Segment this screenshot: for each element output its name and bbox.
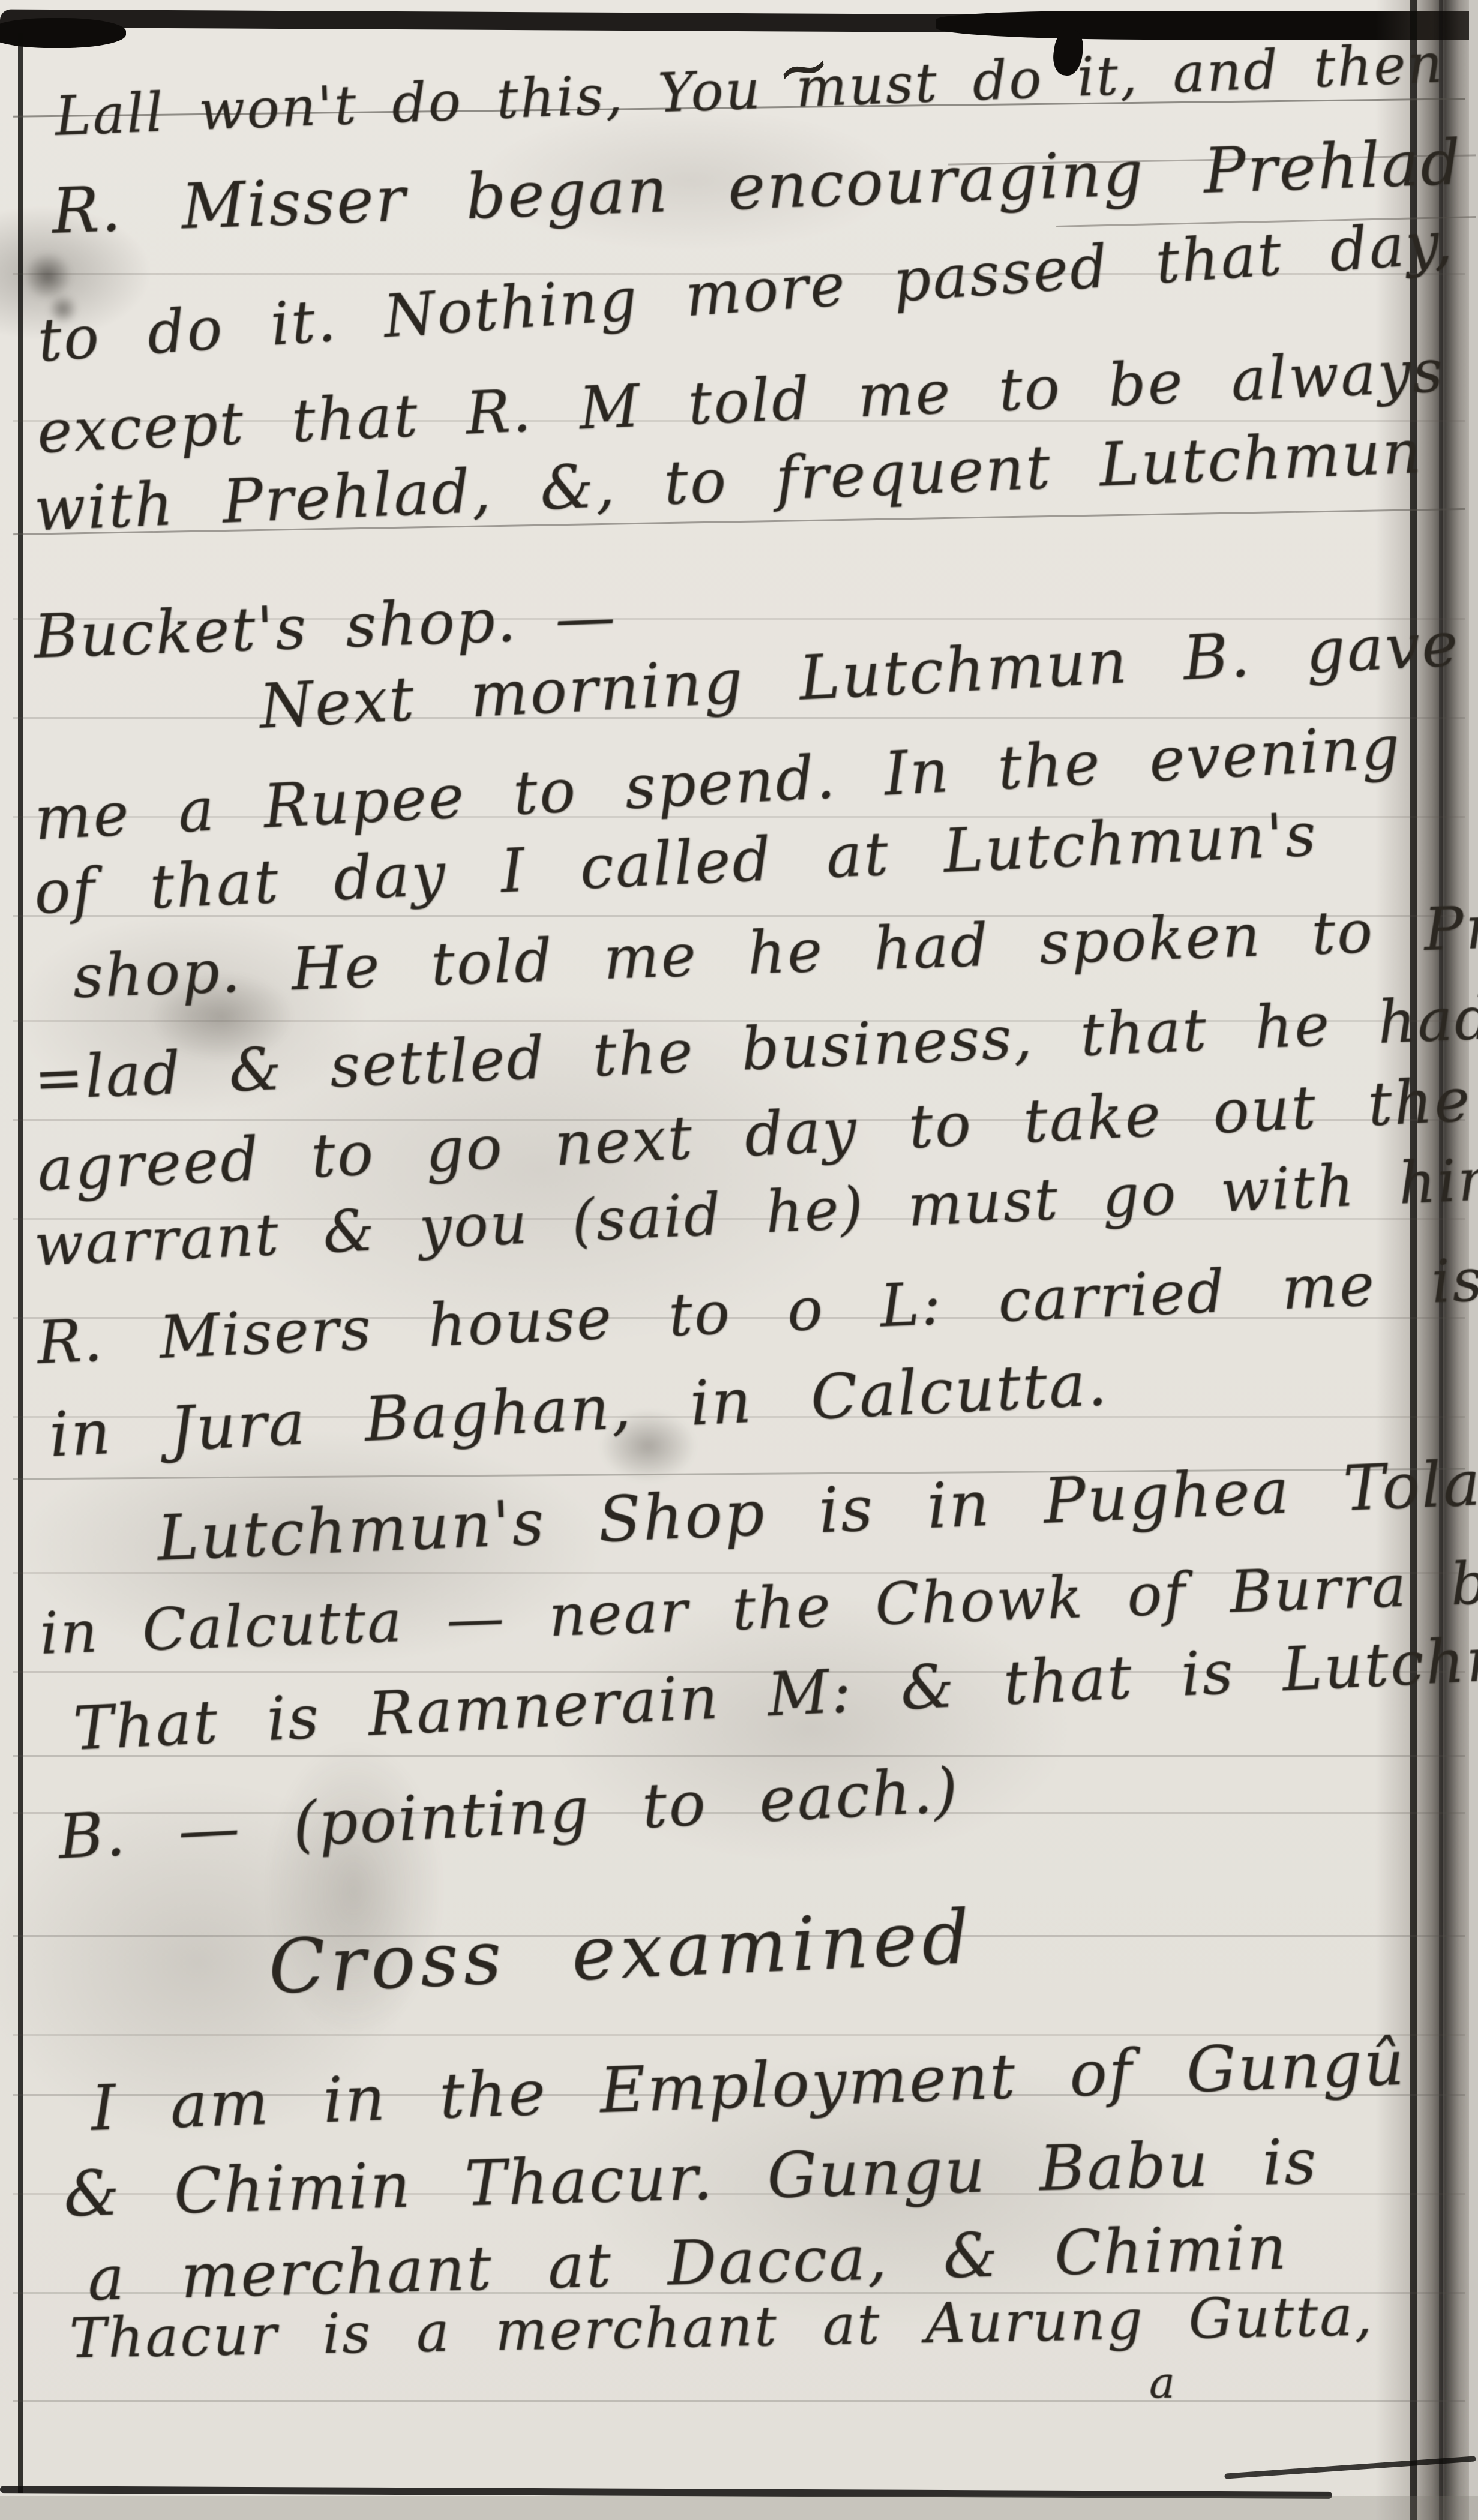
ruled-line [13,2400,1465,2402]
manuscript-page: ~ Lall won't do this, You must do it, an… [0,0,1478,2520]
manuscript-line: B. — (pointing to each.) [57,1760,961,1868]
manuscript-line: Bucket's shop. — [33,587,618,667]
below-page-shadow [0,2496,1478,2520]
manuscript-line: Lutchmun's Shop is in Pughea Tolah [156,1450,1478,1570]
ink-smudge [24,252,72,300]
page-left-edge-line [18,33,23,2493]
manuscript-line: I am in the Employment of Gungû [90,2032,1407,2140]
manuscript-line: & Chimin Thacur. Gungu Babu is [63,2130,1319,2225]
manuscript-line: in Jura Baghan, in Calcutta. [48,1354,1110,1466]
inserted-letter-a: a [1149,2361,1177,2404]
manuscript-line: Lall won't do this, You must do it, and … [54,37,1445,144]
